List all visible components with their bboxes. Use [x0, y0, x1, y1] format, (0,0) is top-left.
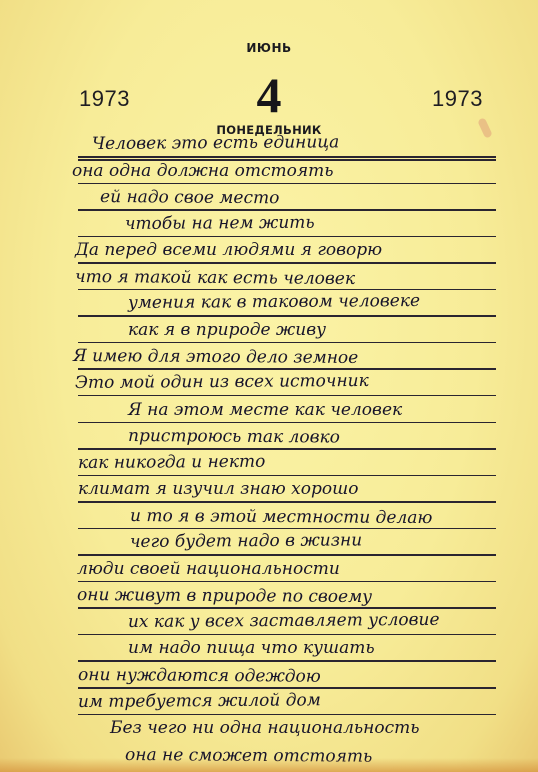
ruled-line	[78, 315, 496, 317]
calendar-page: ИЮНЬ 1973 4 1973 ПОНЕДЕЛЬНИК Человек это…	[0, 0, 538, 772]
handwritten-line: Человек это есть единица	[92, 134, 339, 153]
handwritten-line: чтобы на нем жить	[125, 214, 315, 232]
ruled-line	[78, 607, 496, 609]
ruled-line	[78, 262, 496, 264]
ruled-line	[78, 209, 496, 211]
handwritten-line: чего будет надо в жизни	[130, 533, 362, 552]
handwritten-line: Да перед всеми людями я говорю	[75, 242, 382, 259]
handwritten-line: она не сможет отстоять	[125, 747, 372, 766]
ruled-line	[78, 236, 496, 238]
month-label: ИЮНЬ	[0, 41, 538, 55]
ruled-line	[78, 660, 496, 662]
ruled-line	[78, 581, 496, 583]
handwritten-line: Это мой один из всех источник	[75, 373, 369, 392]
handwritten-line: пристроюсь так ловко	[128, 428, 340, 446]
handwritten-line: что я такой как есть человек	[75, 269, 355, 288]
ruled-line	[78, 501, 496, 503]
handwritten-line: их как у всех заставляет условие	[128, 612, 440, 631]
handwritten-line: как я в природе живу	[128, 322, 326, 339]
ruled-line	[78, 422, 496, 424]
year-right: 1973	[432, 86, 483, 112]
ruled-line	[78, 554, 496, 556]
handwritten-line: люди своей национальности	[77, 561, 340, 578]
ruled-line	[78, 289, 496, 291]
handwritten-line: Без чего ни одна национальность	[110, 720, 420, 737]
ruled-line	[78, 448, 496, 450]
handwritten-line: им надо пища что кушать	[128, 640, 375, 657]
ruled-line	[78, 156, 496, 158]
ruled-line	[78, 687, 496, 689]
ruled-line	[78, 342, 496, 344]
handwritten-line: ей надо свое место	[100, 189, 279, 207]
ruled-line	[78, 634, 496, 636]
ruled-line	[78, 368, 496, 370]
handwritten-line: как никогда и некто	[78, 453, 266, 471]
ruled-line	[78, 475, 496, 477]
handwritten-line: Я на этом месте как человек	[128, 402, 402, 419]
handwritten-line: они живут в природе по своему	[77, 587, 372, 606]
handwritten-line: климат я изучил знаю хорошо	[78, 481, 358, 498]
handwritten-line: им требуется жилой дом	[78, 692, 321, 711]
ruled-line	[78, 395, 496, 397]
handwritten-line: умения как в таковом человеке	[128, 293, 420, 312]
handwritten-line: они нуждаются одеждою	[78, 667, 321, 686]
ruled-line	[78, 183, 496, 185]
ruled-line	[78, 714, 496, 716]
handwritten-line: Я имею для этого дело земное	[73, 348, 358, 367]
ruled-line	[78, 528, 496, 530]
handwritten-line: она одна должна отстоять	[72, 163, 333, 180]
handwritten-line: и то я в этой местности делаю	[130, 508, 432, 527]
